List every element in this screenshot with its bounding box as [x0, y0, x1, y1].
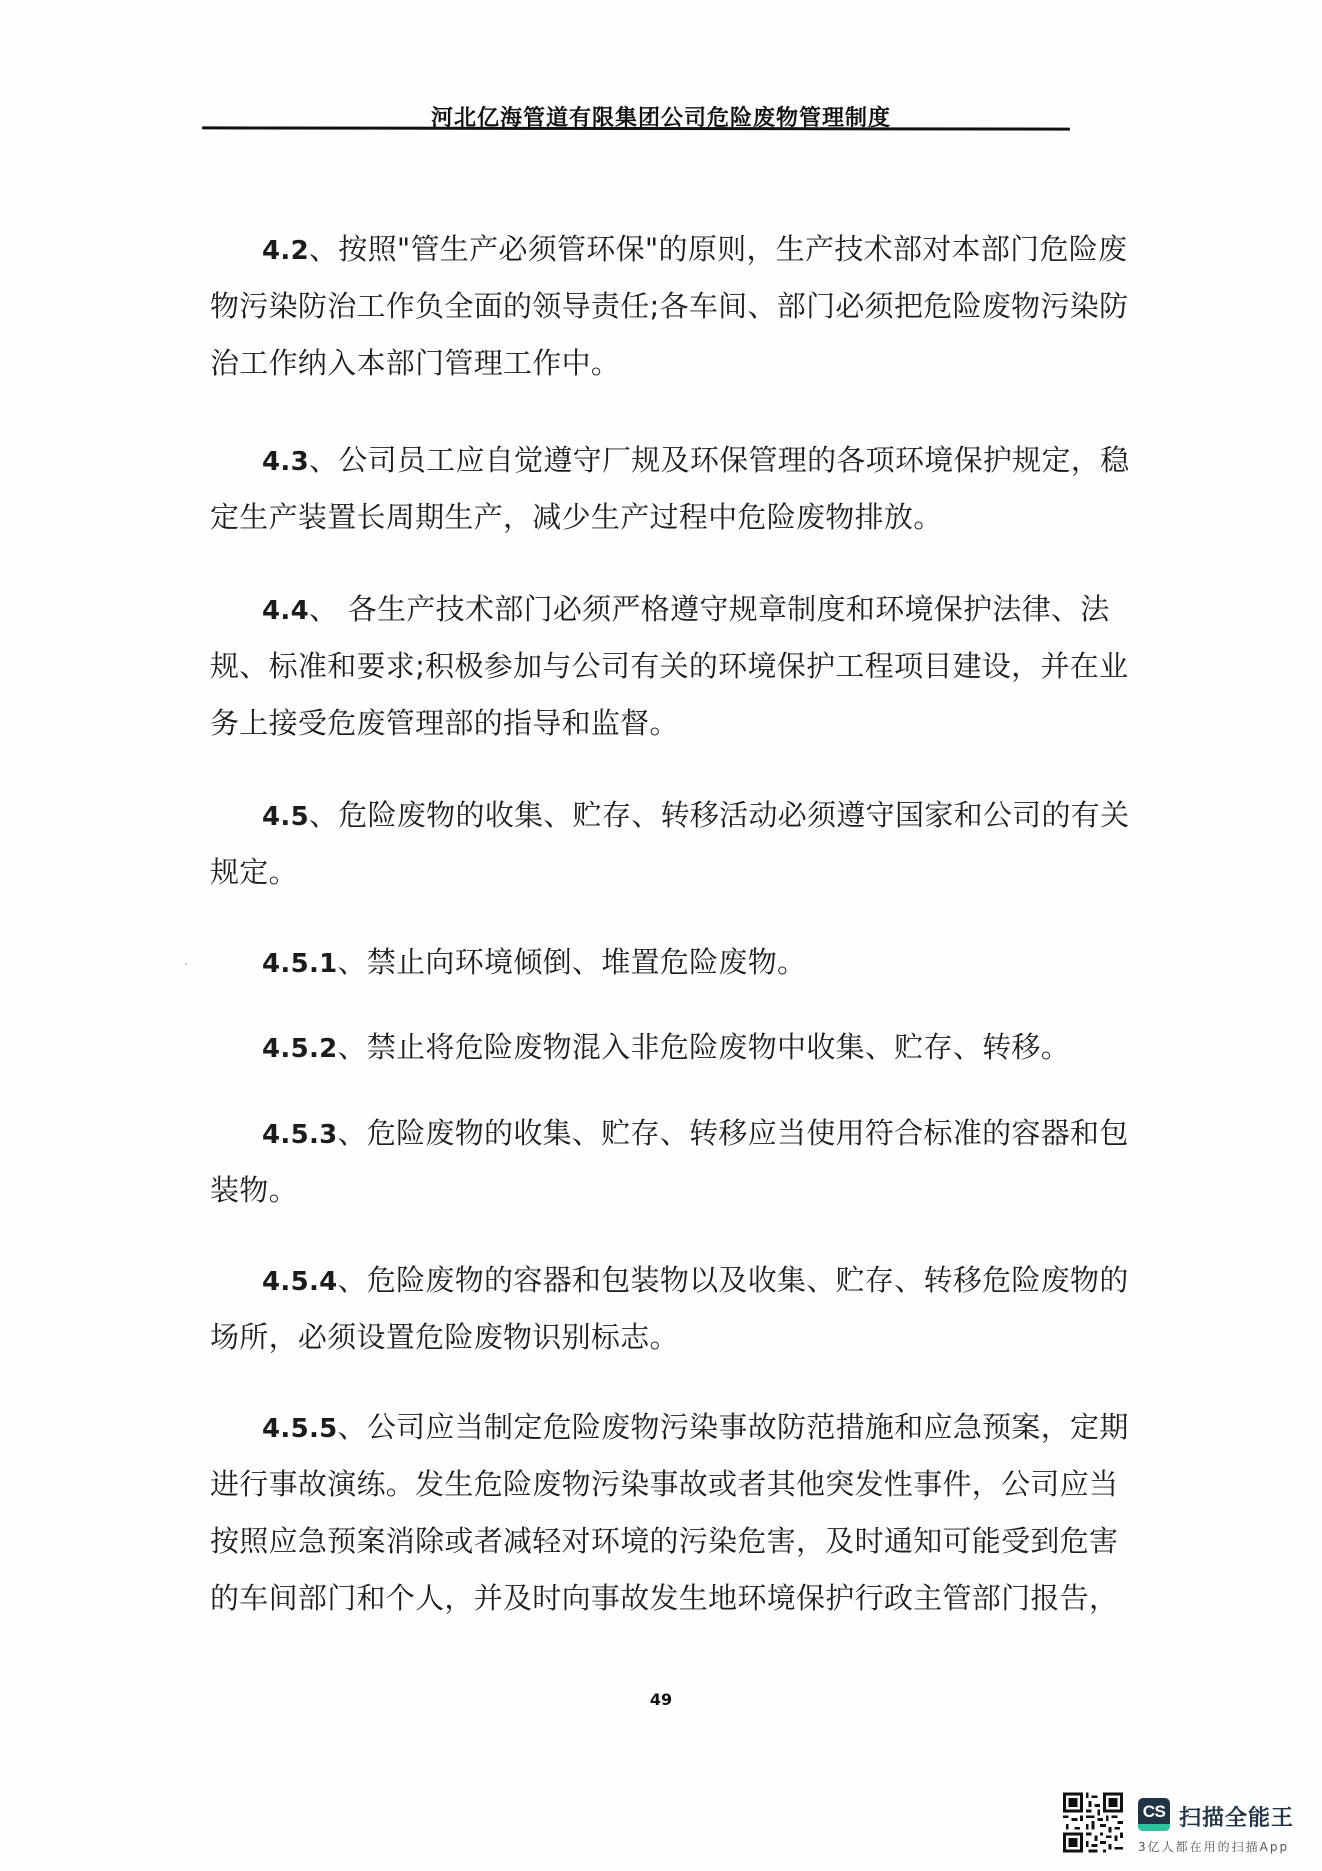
- line-text: 、危险废物的收集、贮存、转移应当使用符合标准的容器和包: [338, 1116, 1129, 1150]
- line-text: 装物。: [210, 1173, 298, 1207]
- line-text: 务上接受危废管理部的指导和监督。: [210, 706, 679, 740]
- line-text: 、危险废物的收集、贮存、转移活动必须遵守国家和公司的有关: [309, 798, 1129, 832]
- line-text: 、按照"管生产必须管环保"的原则，生产技术部对本部门危险废: [309, 232, 1127, 266]
- line-text: 场所，必须设置危险废物识别标志。: [210, 1320, 679, 1354]
- clause-number: 4.5.1: [262, 949, 338, 979]
- line-text: 按照应急预案消除或者减轻对环境的污染危害，及时通知可能受到危害: [210, 1524, 1118, 1558]
- line-text: 的车间部门和个人，并及时向事故发生地环境保护行政主管部门报告，: [210, 1581, 1118, 1615]
- line-text: 规、标准和要求;积极参加与公司有关的环境保护工程项目建设，并在业: [210, 649, 1128, 683]
- paragraph-line: 治工作纳入本部门管理工作中。: [210, 346, 620, 380]
- clause-line: 4.5.1、禁止向环境倾倒、堆置危险废物。: [262, 945, 806, 981]
- clause-number: 4.4: [262, 596, 309, 626]
- clause-line: 4.5.4、危险废物的容器和包装物以及收集、贮存、转移危险废物的: [262, 1263, 1129, 1299]
- page-number: 49: [0, 1690, 1322, 1709]
- paragraph-line: 装物。: [210, 1173, 298, 1207]
- clause-line: 4.5.3、危险废物的收集、贮存、转移应当使用符合标准的容器和包: [262, 1116, 1129, 1152]
- clause-number: 4.5: [262, 802, 309, 832]
- clause-line: 4.3、公司员工应自觉遵守厂规及环保管理的各项环境保护规定，稳: [262, 443, 1129, 479]
- line-text: 、禁止将危险废物混入非危险废物中收集、贮存、转移。: [338, 1030, 1071, 1064]
- paragraph-line: 物污染防治工作负全面的领导责任;各车间、部门必须把危险废物污染防: [210, 289, 1128, 323]
- scan-speck: [185, 963, 187, 965]
- paragraph-line: 进行事故演练。发生危险废物污染事故或者其他突发性事件，公司应当: [210, 1467, 1118, 1501]
- clause-number: 4.5.2: [262, 1034, 338, 1064]
- clause-line: 4.5、危险废物的收集、贮存、转移活动必须遵守国家和公司的有关: [262, 798, 1129, 834]
- line-text: 进行事故演练。发生危险废物污染事故或者其他突发性事件，公司应当: [210, 1467, 1118, 1501]
- paragraph-line: 定生产装置长周期生产，减少生产过程中危险废物排放。: [210, 500, 943, 534]
- clause-number: 4.5.5: [262, 1414, 338, 1444]
- line-text: 、危险废物的容器和包装物以及收集、贮存、转移危险废物的: [338, 1263, 1129, 1297]
- clause-line: 4.2、按照"管生产必须管环保"的原则，生产技术部对本部门危险废: [262, 232, 1127, 268]
- line-text: 物污染防治工作负全面的领导责任;各车间、部门必须把危险废物污染防: [210, 289, 1128, 323]
- clause-number: 4.5.4: [262, 1267, 338, 1297]
- line-text: 、禁止向环境倾倒、堆置危险废物。: [338, 945, 807, 979]
- scanner-watermark: CS 扫描全能王 3亿人都在用的扫描App: [1063, 1790, 1322, 1860]
- paragraph-line: 场所，必须设置危险废物识别标志。: [210, 1320, 679, 1354]
- logo-accent-bar: [1138, 1824, 1170, 1831]
- paragraph-line: 按照应急预案消除或者减轻对环境的污染危害，及时通知可能受到危害: [210, 1524, 1118, 1558]
- clause-number: 4.2: [262, 236, 309, 266]
- line-text: 、公司员工应自觉遵守厂规及环保管理的各项环境保护规定，稳: [309, 443, 1129, 477]
- line-text: 治工作纳入本部门管理工作中。: [210, 346, 620, 380]
- paragraph-line: 的车间部门和个人，并及时向事故发生地环境保护行政主管部门报告，: [210, 1581, 1118, 1615]
- paragraph-line: 规、标准和要求;积极参加与公司有关的环境保护工程项目建设，并在业: [210, 649, 1128, 683]
- line-text: 、公司应当制定危险废物污染事故防范措施和应急预案，定期: [338, 1410, 1129, 1444]
- clause-line: 4.5.5、公司应当制定危险废物污染事故防范措施和应急预案，定期: [262, 1410, 1129, 1446]
- line-text: 、 各生产技术部门必须严格遵守规章制度和环境保护法律、法: [309, 592, 1110, 626]
- brand-tagline: 3亿人都在用的扫描App: [1138, 1838, 1289, 1855]
- line-text: 定生产装置长周期生产，减少生产过程中危险废物排放。: [210, 500, 943, 534]
- brand-name: 扫描全能王: [1179, 1801, 1294, 1832]
- document-page: 河北亿海管道有限集团公司危险废物管理制度 4.2、按照"管生产必须管环保"的原则…: [0, 0, 1322, 1871]
- clause-number: 4.3: [262, 447, 309, 477]
- camscanner-logo-icon: CS: [1138, 1798, 1170, 1831]
- paragraph-line: 务上接受危废管理部的指导和监督。: [210, 706, 679, 740]
- qr-code-icon: [1063, 1790, 1123, 1855]
- paragraph-line: 规定。: [210, 855, 298, 889]
- clause-line: 4.4、 各生产技术部门必须严格遵守规章制度和环境保护法律、法: [262, 592, 1110, 628]
- line-text: 规定。: [210, 855, 298, 889]
- clause-line: 4.5.2、禁止将危险废物混入非危险废物中收集、贮存、转移。: [262, 1030, 1070, 1066]
- clause-number: 4.5.3: [262, 1120, 338, 1150]
- logo-text: CS: [1138, 1802, 1170, 1822]
